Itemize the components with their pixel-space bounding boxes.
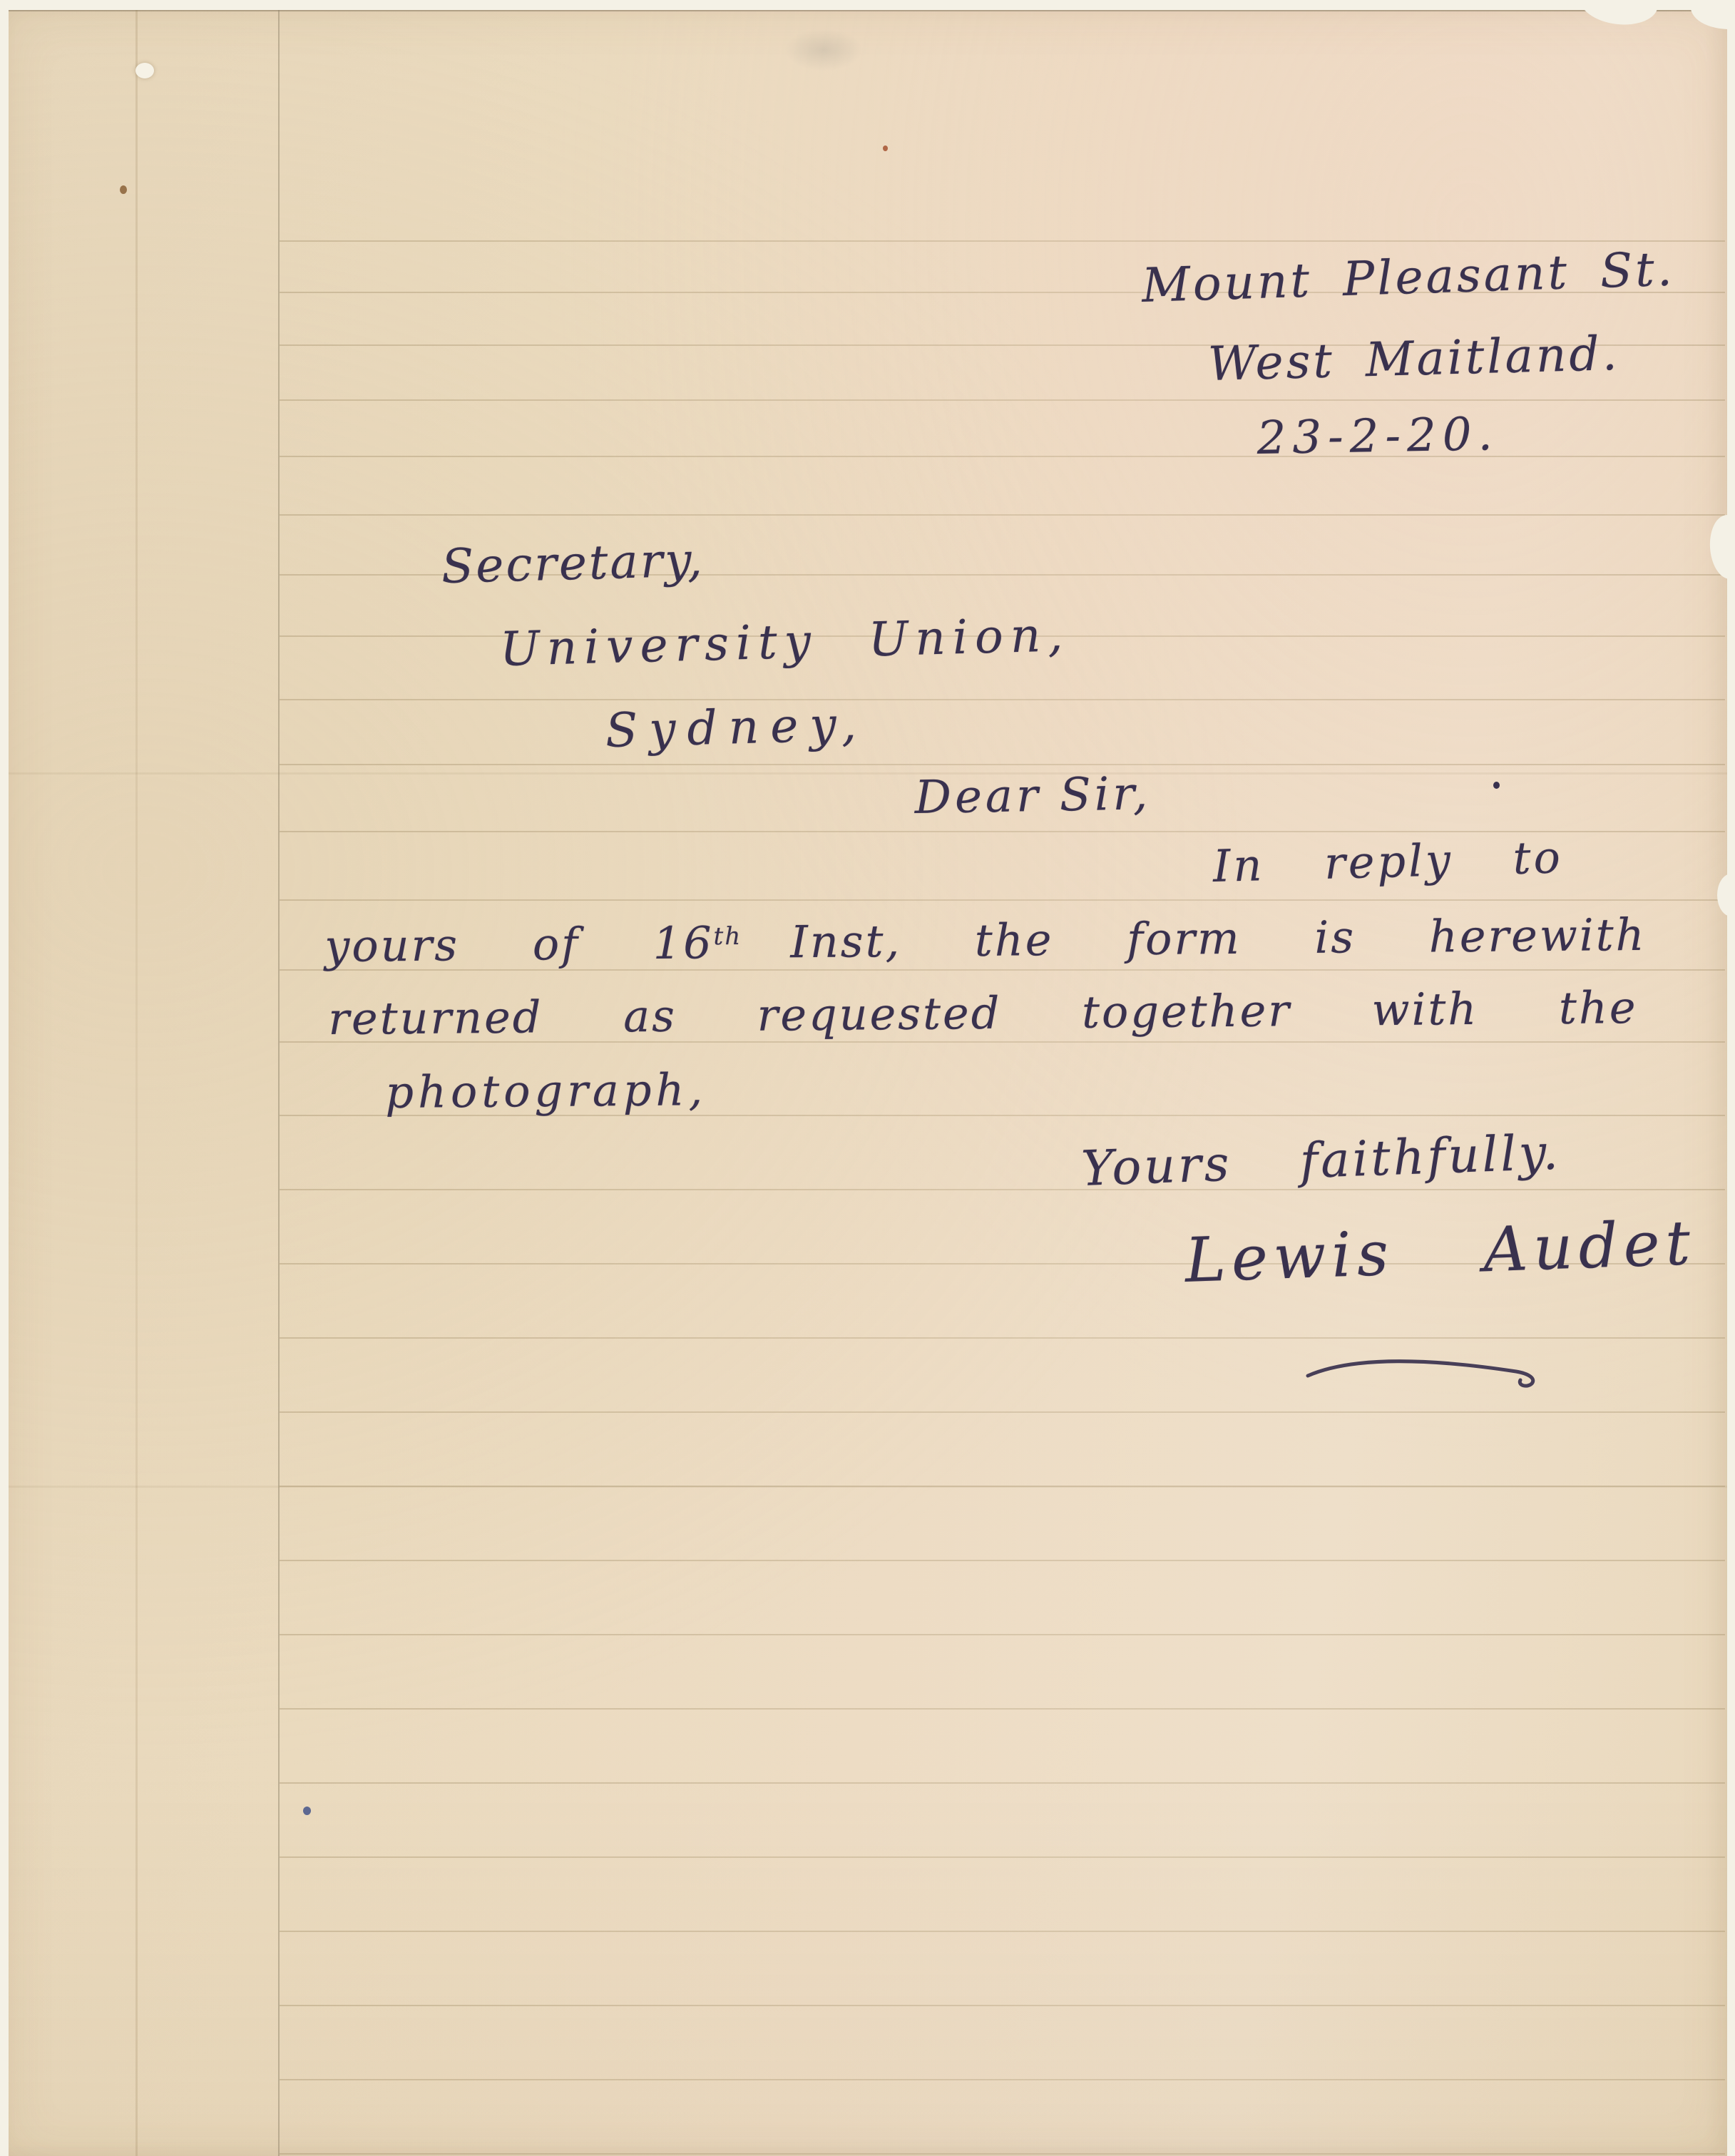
stain-speck-red: [883, 145, 888, 151]
sender-address-line2: West Maitland.: [1207, 326, 1620, 392]
salutation: Dear Sir,: [914, 767, 1152, 824]
body-line1-continuation: Inst, the form is herewith: [790, 909, 1647, 968]
paper-chip-top-left: [135, 63, 154, 78]
fold-crease-horizontal-upper: [9, 772, 1727, 775]
ink-dot-blue: [303, 1807, 311, 1815]
recipient-line1: Secretary,: [441, 532, 705, 594]
stray-ink-dot: [1493, 782, 1500, 789]
body-line1-text: yours of 16: [324, 916, 714, 972]
fold-crease-horizontal-lower: [9, 1486, 1727, 1488]
margin-rule-line: [278, 10, 280, 2156]
signature-flourish: [1304, 1350, 1546, 1394]
body-line3: photograph,: [385, 1063, 707, 1118]
scan-background: Mount Pleasant St. West Maitland. 23-2-2…: [0, 0, 1735, 2156]
body-line1-superscript: th: [713, 922, 742, 951]
stain-speck-brown: [120, 185, 127, 194]
fold-crease-vertical: [135, 10, 138, 2156]
body-opening: In reply to: [1212, 831, 1564, 892]
letter-date: 23-2-20.: [1257, 408, 1499, 465]
recipient-line3: Sydney,: [605, 696, 869, 758]
smudge-top-center: [784, 29, 863, 71]
